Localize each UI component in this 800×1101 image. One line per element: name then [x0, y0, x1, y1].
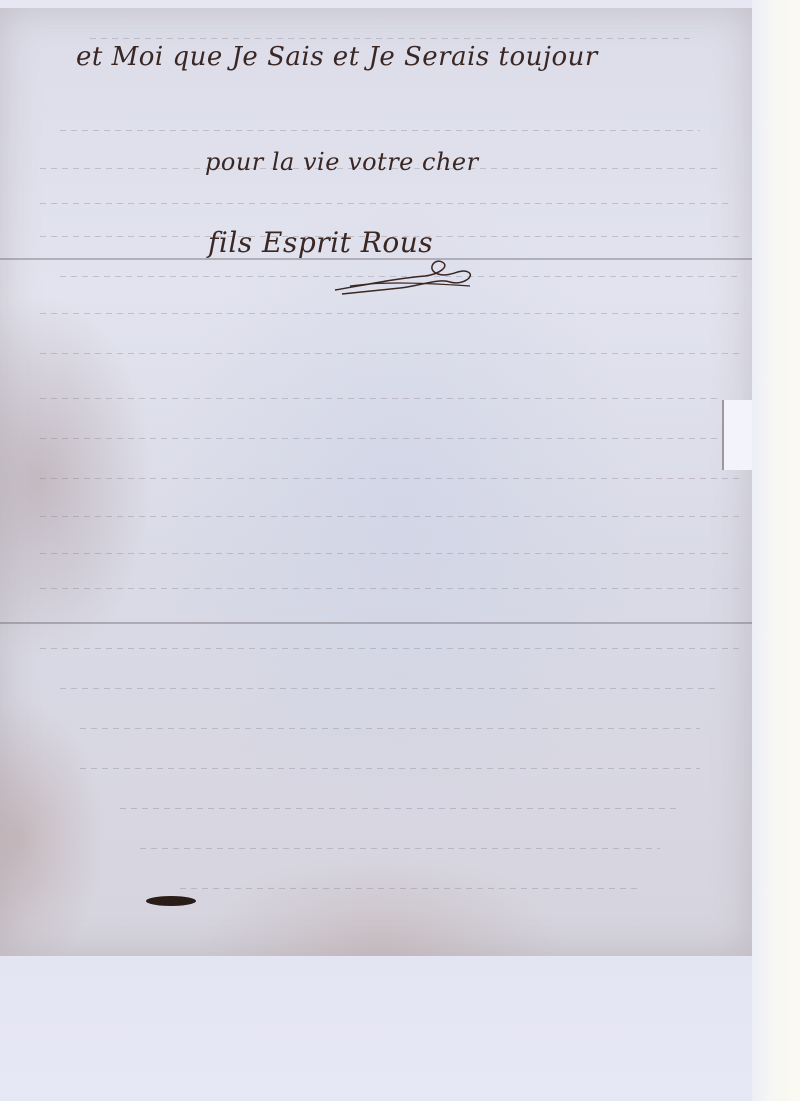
scanned-page: et Moi que Je Sais et Je Serais toujour …	[0, 0, 800, 1101]
bleed-through-line	[180, 888, 640, 889]
letter-sheet: et Moi que Je Sais et Je Serais toujour …	[0, 8, 752, 956]
bleed-through-line	[40, 588, 740, 589]
bleed-through-line	[80, 768, 700, 769]
bleed-through-line	[40, 516, 740, 517]
bleed-through-line	[40, 203, 730, 204]
signature: fils Esprit Rous	[208, 226, 433, 259]
signature-flourish-icon	[330, 256, 480, 300]
bleed-through-line	[120, 808, 680, 809]
fold-line	[0, 622, 752, 624]
scan-margin	[752, 0, 800, 1101]
bleed-through-line	[40, 398, 720, 399]
torn-edge	[722, 400, 754, 470]
bleed-through-line	[40, 478, 740, 479]
ink-blot	[146, 896, 196, 906]
bleed-through-line	[40, 648, 740, 649]
closing-line-2: pour la vie votre cher	[205, 148, 479, 176]
bleed-through-line	[40, 313, 740, 314]
bleed-through-line	[60, 130, 700, 131]
bleed-through-line	[40, 553, 730, 554]
bleed-through-line	[90, 38, 690, 39]
bleed-through-line	[80, 728, 700, 729]
bleed-through-line	[40, 353, 740, 354]
bleed-through-line	[60, 688, 720, 689]
bleed-through-line	[40, 438, 730, 439]
closing-line-1: et Moi que Je Sais et Je Serais toujour	[76, 42, 598, 72]
bleed-through-line	[140, 848, 660, 849]
blank-scan-area	[0, 956, 752, 1101]
